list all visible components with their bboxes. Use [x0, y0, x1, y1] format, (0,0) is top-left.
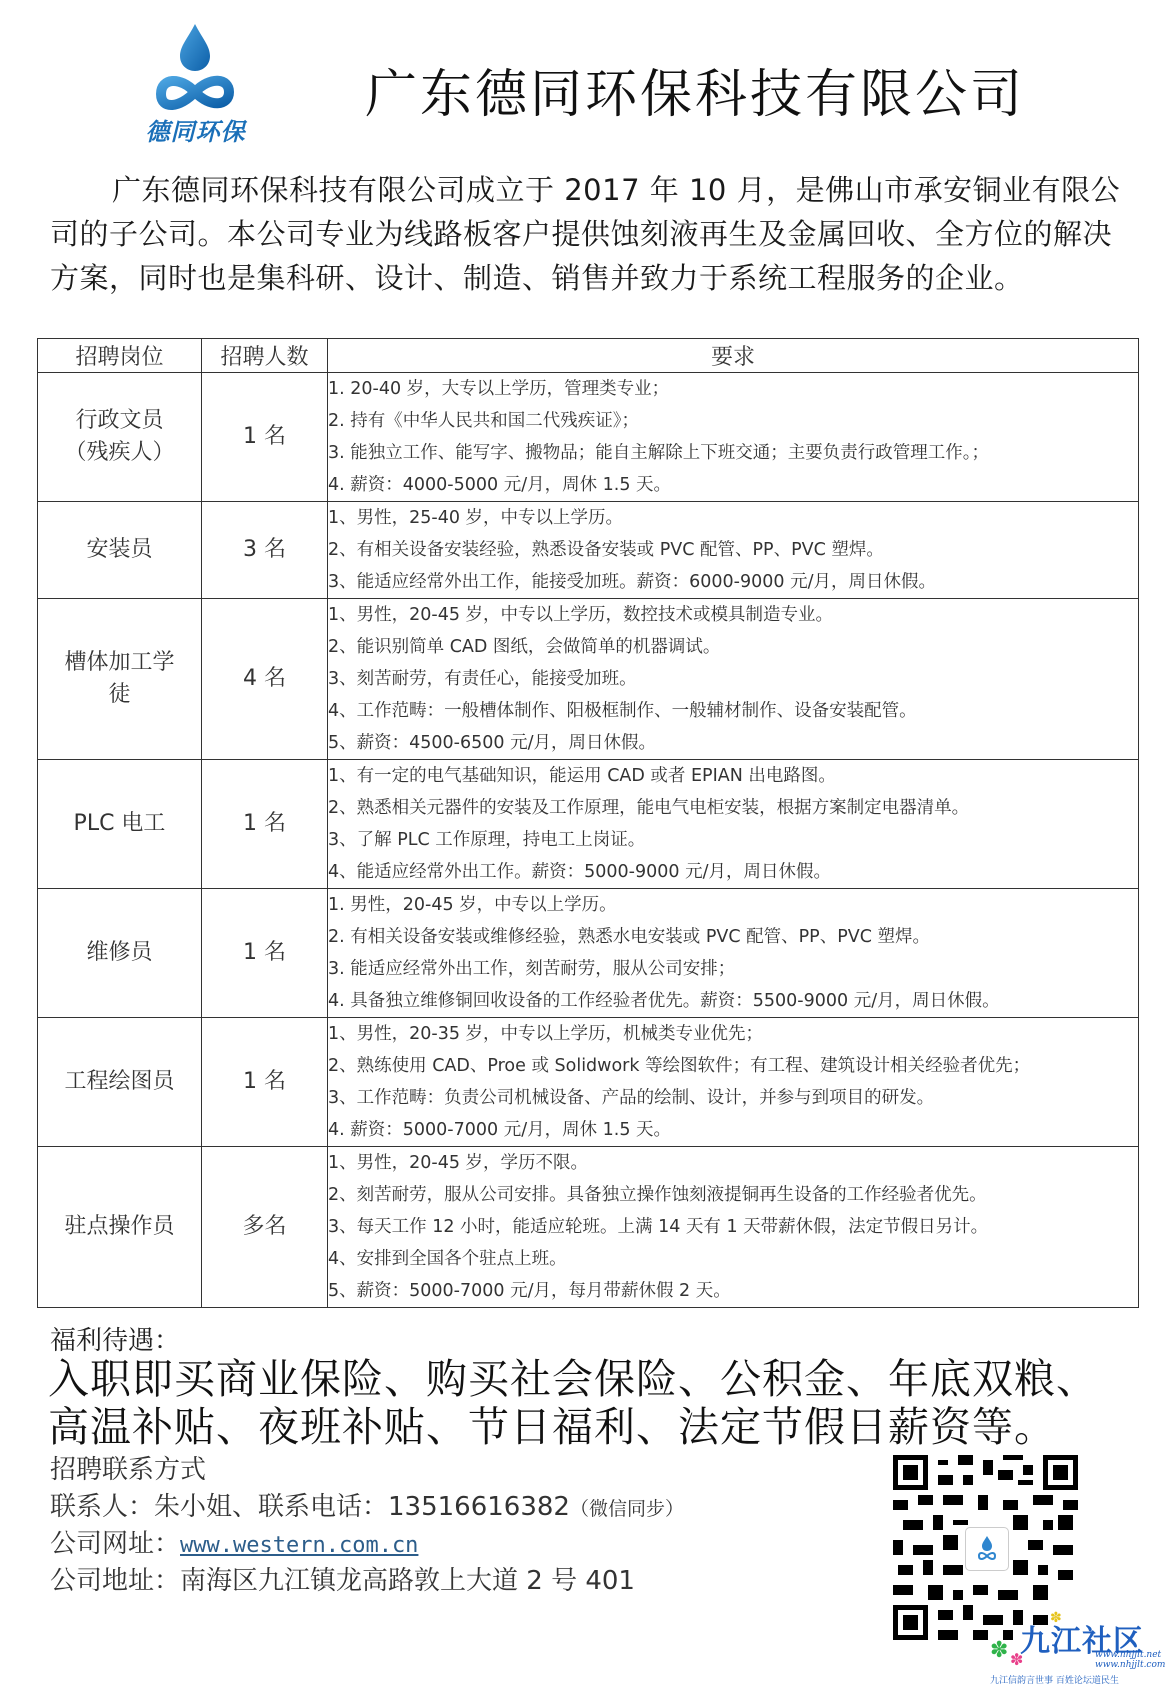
- column-header-count: 招聘人数: [202, 339, 328, 373]
- contact-section: 招聘联系方式 联系人：朱小姐、联系电话：13516616382（微信同步） 公司…: [50, 1452, 684, 1600]
- table-row: 安装员 3 名 1、男性，25-40 岁，中专以上学历。 2、有相关设备安装经验…: [38, 502, 1139, 599]
- requirements-cell: 1. 20-40 岁，大专以上学历，管理类专业； 2. 持有《中华人民共和国二代…: [328, 373, 1139, 502]
- count-cell: 1 名: [202, 373, 328, 502]
- count-cell: 1 名: [202, 760, 328, 889]
- requirement-item: 1. 男性，20-45 岁，中专以上学历。: [328, 889, 1138, 921]
- count-cell: 多名: [202, 1147, 328, 1308]
- requirement-item: 3. 能适应经常外出工作，刻苦耐劳，服从公司安排；: [328, 953, 1138, 985]
- requirement-item: 2、有相关设备安装经验，熟悉设备安装或 PVC 配管、PP、PVC 塑焊。: [328, 534, 1138, 566]
- position-cell: 安装员: [38, 502, 202, 599]
- contact-heading: 招聘联系方式: [50, 1452, 684, 1489]
- requirements-cell: 1、男性，25-40 岁，中专以上学历。 2、有相关设备安装经验，熟悉设备安装或…: [328, 502, 1139, 599]
- requirement-item: 4、安排到全国各个驻点上班。: [328, 1243, 1138, 1275]
- requirement-item: 2、刻苦耐劳，服从公司安排。具备独立操作蚀刻液提铜再生设备的工作经验者优先。: [328, 1179, 1138, 1211]
- count-cell: 4 名: [202, 599, 328, 760]
- requirement-item: 1、有一定的电气基础知识，能运用 CAD 或者 EPIAN 出电路图。: [328, 760, 1138, 792]
- requirement-item: 4、工作范畴：一般槽体制作、阳极框制作、一般辅材制作、设备安装配管。: [328, 695, 1138, 727]
- position-name: 维修员: [38, 937, 201, 969]
- requirements-cell: 1、男性，20-35 岁，中专以上学历，机械类专业优先； 2、熟练使用 CAD、…: [328, 1018, 1139, 1147]
- contact-address: 公司地址：南海区九江镇龙高路敦上大道 2 号 401: [50, 1563, 684, 1600]
- position-name: 安装员: [38, 534, 201, 566]
- job-table: 招聘岗位 招聘人数 要求 行政文员 （残疾人） 1 名 1. 20-40 岁，大…: [37, 338, 1139, 1308]
- company-intro: 广东德同环保科技有限公司成立于 2017 年 10 月，是佛山市承安铜业有限公司…: [50, 168, 1130, 300]
- position-name: 工程绘图员: [38, 1066, 201, 1098]
- count-cell: 1 名: [202, 1018, 328, 1147]
- requirement-item: 3、能适应经常外出工作，能接受加班。薪资：6000-9000 元/月，周日休假。: [328, 566, 1138, 598]
- contact-person: 联系人：朱小姐、联系电话：13516616382（微信同步）: [50, 1489, 684, 1526]
- requirements-cell: 1. 男性，20-45 岁，中专以上学历。 2. 有相关设备安装或维修经验，熟悉…: [328, 889, 1139, 1018]
- requirement-item: 2、熟悉相关元器件的安装及工作原理，能电气电柜安装，根据方案制定电器清单。: [328, 792, 1138, 824]
- website-label: 公司网址：: [50, 1529, 180, 1559]
- wechat-note: （微信同步）: [570, 1498, 684, 1520]
- table-row: 维修员 1 名 1. 男性，20-45 岁，中专以上学历。 2. 有相关设备安装…: [38, 889, 1139, 1018]
- requirement-item: 1、男性，20-35 岁，中专以上学历，机械类专业优先；: [328, 1018, 1138, 1050]
- position-cell: 槽体加工学 徒: [38, 599, 202, 760]
- website-link[interactable]: www.western.com.cn: [180, 1533, 418, 1558]
- count-cell: 1 名: [202, 889, 328, 1018]
- position-cell: 工程绘图员: [38, 1018, 202, 1147]
- requirement-item: 3. 能独立工作、能写字、搬物品；能自主解除上下班交通；主要负责行政管理工作。；: [328, 437, 1138, 469]
- requirement-item: 1、男性，20-45 岁，中专以上学历，数控技术或模具制造专业。: [328, 599, 1138, 631]
- watermark-url-2: www.nhjjlt.com: [1095, 1660, 1165, 1670]
- column-header-position: 招聘岗位: [38, 339, 202, 373]
- header: 德同环保 广东德同环保科技有限公司: [0, 0, 1170, 150]
- position-cell: 驻点操作员: [38, 1147, 202, 1308]
- logo-text: 德同环保: [128, 112, 263, 147]
- flower-icon: ✽: [990, 1638, 1008, 1663]
- requirements-cell: 1、男性，20-45 岁，学历不限。 2、刻苦耐劳，服从公司安排。具备独立操作蚀…: [328, 1147, 1139, 1308]
- company-logo: 德同环保: [128, 22, 263, 140]
- table-header-row: 招聘岗位 招聘人数 要求: [38, 339, 1139, 373]
- table-row: PLC 电工 1 名 1、有一定的电气基础知识，能运用 CAD 或者 EPIAN…: [38, 760, 1139, 889]
- requirement-item: 3、每天工作 12 小时，能适应轮班。上满 14 天有 1 天带薪休假，法定节假…: [328, 1211, 1138, 1243]
- position-name: 驻点操作员: [38, 1211, 201, 1243]
- requirement-item: 3、刻苦耐劳，有责任心，能接受加班。: [328, 663, 1138, 695]
- requirement-item: 5、薪资：5000-7000 元/月，每月带薪休假 2 天。: [328, 1275, 1138, 1307]
- benefits-label: 福利待遇：: [50, 1320, 180, 1357]
- benefits-line: 高温补贴、夜班补贴、节日福利、法定节假日薪资等。: [48, 1403, 1148, 1451]
- position-cell: 行政文员 （残疾人）: [38, 373, 202, 502]
- requirement-item: 1、男性，20-45 岁，学历不限。: [328, 1147, 1138, 1179]
- requirement-item: 2、熟练使用 CAD、Proe 或 Solidwork 等绘图软件；有工程、建筑…: [328, 1050, 1138, 1082]
- requirement-item: 4. 具备独立维修铜回收设备的工作经验者优先。薪资：5500-9000 元/月，…: [328, 985, 1138, 1017]
- requirement-item: 3、了解 PLC 工作原理，持电工上岗证。: [328, 824, 1138, 856]
- table-row: 槽体加工学 徒 4 名 1、男性，20-45 岁，中专以上学历，数控技术或模具制…: [38, 599, 1139, 760]
- requirement-item: 4、能适应经常外出工作。薪资：5000-9000 元/月，周日休假。: [328, 856, 1138, 888]
- requirement-item: 5、薪资：4500-6500 元/月，周日休假。: [328, 727, 1138, 759]
- water-drop-infinity-icon: [128, 22, 263, 114]
- watermark-logo: ✽ ✽ ✽ 九江社区 www.nhjjlt.net www.nhjjlt.com…: [990, 1610, 1170, 1684]
- position-note: （残疾人）: [38, 437, 201, 469]
- page-title: 广东德同环保科技有限公司: [365, 52, 1025, 127]
- table-row: 工程绘图员 1 名 1、男性，20-35 岁，中专以上学历，机械类专业优先； 2…: [38, 1018, 1139, 1147]
- qr-center-logo: [965, 1527, 1009, 1571]
- benefits-line: 入职即买商业保险、购买社会保险、公积金、年底双粮、: [48, 1355, 1148, 1403]
- requirement-item: 1、男性，25-40 岁，中专以上学历。: [328, 502, 1138, 534]
- position-name: 槽体加工学: [38, 647, 201, 679]
- contact-website: 公司网址：www.western.com.cn: [50, 1526, 684, 1563]
- requirement-item: 2. 有相关设备安装或维修经验，熟悉水电安装或 PVC 配管、PP、PVC 塑焊…: [328, 921, 1138, 953]
- count-cell: 3 名: [202, 502, 328, 599]
- contact-person-text: 联系人：朱小姐、联系电话：13516616382: [50, 1492, 570, 1522]
- requirement-item: 4. 薪资：4000-5000 元/月，周休 1.5 天。: [328, 469, 1138, 501]
- requirement-item: 4. 薪资：5000-7000 元/月，周休 1.5 天。: [328, 1114, 1138, 1146]
- table-row: 行政文员 （残疾人） 1 名 1. 20-40 岁，大专以上学历，管理类专业； …: [38, 373, 1139, 502]
- position-cell: PLC 电工: [38, 760, 202, 889]
- position-name: PLC 电工: [38, 808, 201, 840]
- table-row: 驻点操作员 多名 1、男性，20-45 岁，学历不限。 2、刻苦耐劳，服从公司安…: [38, 1147, 1139, 1308]
- company-logo-icon: [972, 1534, 1002, 1564]
- requirements-cell: 1、有一定的电气基础知识，能运用 CAD 或者 EPIAN 出电路图。 2、熟悉…: [328, 760, 1139, 889]
- requirement-item: 1. 20-40 岁，大专以上学历，管理类专业；: [328, 373, 1138, 405]
- watermark-slogan: 九江信韵言世事 百姓论坛道民生: [990, 1673, 1119, 1684]
- position-cell: 维修员: [38, 889, 202, 1018]
- requirement-item: 3、工作范畴：负责公司机械设备、产品的绘制、设计，并参与到项目的研发。: [328, 1082, 1138, 1114]
- requirements-cell: 1、男性，20-45 岁，中专以上学历，数控技术或模具制造专业。 2、能识别简单…: [328, 599, 1139, 760]
- column-header-requirements: 要求: [328, 339, 1139, 373]
- position-name: 行政文员: [38, 405, 201, 437]
- benefits-text: 入职即买商业保险、购买社会保险、公积金、年底双粮、 高温补贴、夜班补贴、节日福利…: [48, 1355, 1148, 1451]
- requirement-item: 2. 持有《中华人民共和国二代残疾证》；: [328, 405, 1138, 437]
- requirement-item: 2、能识别简单 CAD 图纸，会做简单的机器调试。: [328, 631, 1138, 663]
- watermark-url-1: www.nhjjlt.net: [1095, 1650, 1161, 1660]
- position-name-cont: 徒: [38, 679, 201, 711]
